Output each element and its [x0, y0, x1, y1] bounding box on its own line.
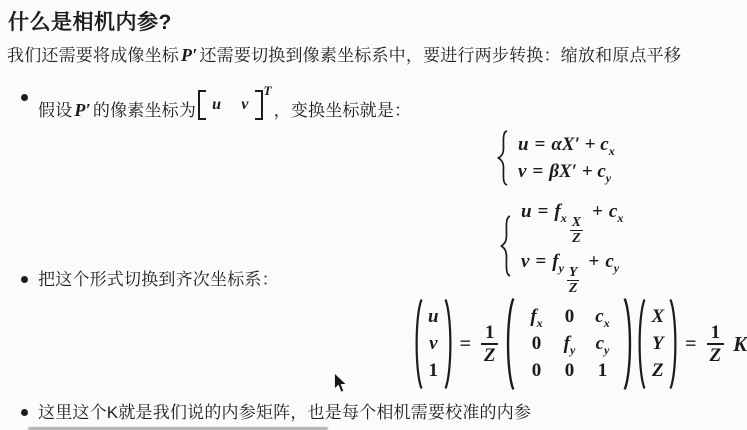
fraction-numerator: 1 [707, 322, 725, 345]
vector-entry: Y [652, 333, 664, 355]
bullet2-text: 把这个形式切换到齐次坐标系： [38, 268, 279, 292]
vector-entry: u [428, 306, 439, 328]
vector-entry: 1 [429, 360, 439, 382]
fraction-y-over-z: YZ [567, 265, 580, 296]
right-bracket [255, 90, 263, 120]
uv-row-vector: uvT [198, 90, 272, 120]
intro-text-pre: 我们还需要将成像坐标 [7, 46, 179, 65]
equals-sign: = [535, 134, 546, 155]
subscript-y: y [559, 261, 564, 275]
bullet1-text-pre: 假设 [38, 101, 72, 120]
intrinsic-matrix: fx 0 cx 0 fy cy 0 0 1 [515, 306, 623, 382]
right-paren [669, 298, 680, 390]
bullet-item-homogeneous: 把这个形式切换到齐次坐标系： [7, 268, 279, 292]
subscript-x: x [561, 211, 567, 225]
equation-rows: u=αX′ + cx v=βX′ + cy [518, 131, 615, 185]
vector-u: u [206, 93, 227, 117]
left-paren [503, 297, 515, 391]
equals-sign: = [460, 333, 471, 356]
lhs-var: v [518, 161, 526, 182]
intro-text-post: 还需要切换到像素坐标系中，要进行两步转换：缩放和原点平移 [199, 46, 681, 65]
uv1-vector: u v 1 [423, 306, 444, 382]
matrix-cell: 1 [598, 360, 608, 382]
rhs-expr: αX′ + c [551, 134, 608, 155]
lhs-var: u [518, 134, 529, 155]
p-prime-symbol: P′ [179, 45, 199, 65]
kp-term: KP [733, 332, 747, 357]
equation-scale-offset: u=αX′ + cx v=βX′ + cy [496, 129, 615, 187]
bullet1-text-mid: 的像素坐标为 [93, 101, 196, 120]
bullet-dot [21, 409, 28, 416]
page-title: 什么是相机内参? [8, 6, 172, 36]
one-over-z-fraction: 1 Z [707, 322, 725, 366]
bullet-item-intrinsic-matrix: 这里这个K就是我们说的内参矩阵，也是每个相机需要校准的内参 [7, 401, 531, 425]
fraction-numerator: X [570, 215, 583, 231]
equals-sign: = [535, 251, 546, 272]
subscript-y: y [614, 261, 619, 275]
matrix-cell: 0 [532, 360, 542, 382]
p-prime-symbol: P′ [72, 100, 92, 120]
fraction-numerator: 1 [481, 322, 499, 345]
fraction-denominator: Z [484, 345, 496, 366]
lhs-var: v [521, 251, 529, 272]
equals-sign: = [538, 201, 549, 222]
bullet1-text: 假设P′的像素坐标为uvT，变换坐标就是： [38, 86, 411, 123]
right-paren [444, 298, 455, 390]
transpose-superscript: T [264, 79, 272, 103]
offset-var: c [605, 251, 613, 272]
mouse-cursor-icon [333, 372, 348, 399]
equation-v-focal: v=fyYZ+cy [521, 246, 623, 296]
fraction-x-over-z: XZ [570, 215, 583, 246]
matrix-cell: 0 [565, 306, 575, 328]
matrix-cell: cx [595, 306, 609, 328]
plus-sign: + [592, 201, 603, 222]
fraction-denominator: Z [710, 345, 722, 366]
xyz-vector: X Y Z [646, 306, 669, 382]
fraction-denominator: Z [569, 281, 578, 296]
equation-v-scale: v=βX′ + cy [518, 158, 615, 185]
slide-background: 什么是相机内参? 我们还需要将成像坐标P′还需要切换到像素坐标系中，要进行两步转… [0, 0, 747, 430]
bullet3-text: 这里这个K就是我们说的内参矩阵，也是每个相机需要校准的内参 [38, 401, 531, 425]
matrix-cell: fy [564, 333, 576, 355]
bullet-dot [21, 94, 28, 101]
matrix-cell: 0 [532, 333, 542, 355]
lhs-var: u [521, 201, 532, 222]
matrix-cell: fx [530, 306, 542, 328]
equals-sign: = [685, 333, 696, 356]
subscript-x: x [609, 144, 615, 158]
left-bracket [198, 90, 206, 120]
curly-brace [496, 129, 510, 187]
left-paren [635, 298, 646, 390]
bullet1-text-post: ，变换坐标就是： [274, 101, 412, 120]
right-paren [623, 297, 635, 391]
equation-u-focal: u=fxXZ+cx [521, 196, 623, 246]
vector-entry: Z [652, 360, 664, 382]
left-paren [412, 298, 423, 390]
rhs-expr: βX′ + c [549, 161, 606, 182]
subscript-y: y [606, 171, 611, 185]
bullet-item-pixel-coords: 假设P′的像素坐标为uvT，变换坐标就是： [7, 86, 411, 123]
fraction-denominator: Z [572, 231, 581, 246]
vector-entry: v [429, 333, 437, 355]
matrix-equation: u v 1 = 1 Z fx 0 cx 0 fy cy 0 0 1 [412, 297, 747, 391]
vector-v: v [227, 93, 254, 117]
matrix-cell: cy [596, 333, 610, 355]
equals-sign: = [532, 161, 543, 182]
one-over-z-fraction: 1 Z [481, 322, 499, 366]
curly-brace [499, 214, 513, 278]
subscript-x: x [617, 211, 623, 225]
equation-focal-length: u=fxXZ+cx v=fyYZ+cy [499, 196, 623, 296]
intro-paragraph: 我们还需要将成像坐标P′还需要切换到像素坐标系中，要进行两步转换：缩放和原点平移 [7, 44, 681, 67]
vector-entry: X [651, 306, 664, 328]
plus-sign: + [588, 251, 599, 272]
bullet-dot [21, 276, 28, 283]
equation-rows: u=fxXZ+cx v=fyYZ+cy [521, 196, 623, 296]
matrix-cell: 0 [565, 360, 575, 382]
fraction-numerator: Y [567, 265, 580, 281]
equation-u-scale: u=αX′ + cx [518, 131, 615, 158]
